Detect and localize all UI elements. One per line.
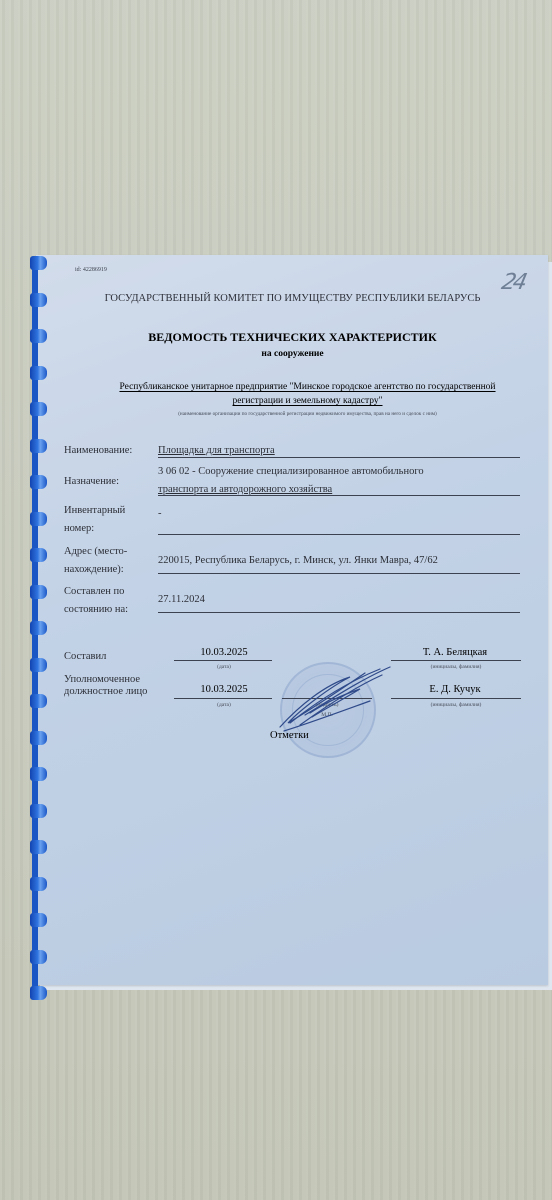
field-label-as-of-line2: состоянию на:	[64, 601, 128, 619]
binding-loop	[30, 256, 47, 270]
signer2-date-caption: (дата)	[174, 702, 274, 708]
binding-loop	[30, 621, 47, 635]
signer2-name: Е. Д. Кучук	[395, 684, 515, 695]
signer1-date-caption: (дата)	[174, 664, 274, 670]
signer1-date-line	[174, 660, 272, 661]
binding-loop	[30, 986, 47, 1000]
document-subtitle: на сооружение	[40, 349, 545, 359]
field-label-purpose: Назначение:	[64, 473, 119, 491]
signer2-name-caption: (инициалы, фамилия)	[391, 702, 521, 708]
field-value-purpose-line2: транспорта и автодорожного хозяйства	[158, 481, 332, 499]
document-id: id: 42286919	[75, 267, 107, 273]
signer2-date: 10.03.2025	[174, 684, 274, 695]
field-label-name: Наименование:	[64, 442, 132, 460]
binding-loop	[30, 512, 47, 526]
binding-loop	[30, 366, 47, 380]
field-label-inventory-line2: номер:	[64, 520, 94, 538]
binding-loop	[30, 548, 47, 562]
binding-loop	[30, 731, 47, 745]
marks-label: Отметки	[270, 730, 309, 741]
binding-loop	[30, 585, 47, 599]
binding-loop	[30, 877, 47, 891]
organization-caption: (наименование организации по государстве…	[70, 411, 545, 417]
organization-name: Республиканское унитарное предприятие "М…	[70, 380, 545, 408]
binding-loop	[30, 767, 47, 781]
binding-loop	[30, 658, 47, 672]
comb-binding	[26, 250, 50, 995]
field-value-address: 220015, Республика Беларусь, г. Минск, у…	[158, 552, 438, 570]
signer2-date-line	[174, 698, 272, 699]
signer1-name: Т. А. Беляцкая	[395, 647, 515, 658]
field-label-inventory-line1: Инвентарный	[64, 502, 125, 520]
document-title: ВЕДОМОСТЬ ТЕХНИЧЕСКИХ ХАРАКТЕРИСТИК	[40, 330, 545, 345]
binding-loop	[30, 840, 47, 854]
handwritten-signature	[270, 665, 400, 735]
field-underline	[158, 534, 520, 535]
organization-name-line2: регистрации и земельному кадастру"	[232, 396, 382, 406]
field-label-as-of-line1: Составлен по	[64, 583, 124, 601]
document-page	[36, 255, 548, 985]
binding-loop	[30, 694, 47, 708]
field-label-address-line1: Адрес (место-	[64, 543, 127, 561]
field-value-purpose-line1: 3 06 02 - Сооружение специализированное …	[158, 463, 424, 481]
field-underline	[158, 457, 520, 458]
issuing-authority: ГОСУДАРСТВЕННЫЙ КОМИТЕТ ПО ИМУЩЕСТВУ РЕС…	[40, 293, 545, 304]
field-value-as-of: 27.11.2024	[158, 591, 205, 609]
binding-loop	[30, 913, 47, 927]
signer2-name-line	[391, 698, 521, 699]
organization-name-line1: Республиканское унитарное предприятие "М…	[119, 382, 495, 392]
signer2-role-line2: должностное лицо	[64, 685, 147, 698]
binding-loop	[30, 950, 47, 964]
signer1-role: Составил	[64, 648, 106, 666]
field-underline	[158, 612, 520, 613]
signer1-date: 10.03.2025	[174, 647, 274, 658]
field-label-address-line2: нахождение):	[64, 561, 124, 579]
binding-loop	[30, 439, 47, 453]
signer1-name-caption: (инициалы, фамилия)	[391, 664, 521, 670]
signer1-name-line	[391, 660, 521, 661]
field-underline	[158, 573, 520, 574]
binding-loop	[30, 475, 47, 489]
field-underline	[158, 495, 520, 496]
binding-loop	[30, 402, 47, 416]
binding-loop	[30, 804, 47, 818]
field-value-inventory: -	[158, 505, 162, 523]
